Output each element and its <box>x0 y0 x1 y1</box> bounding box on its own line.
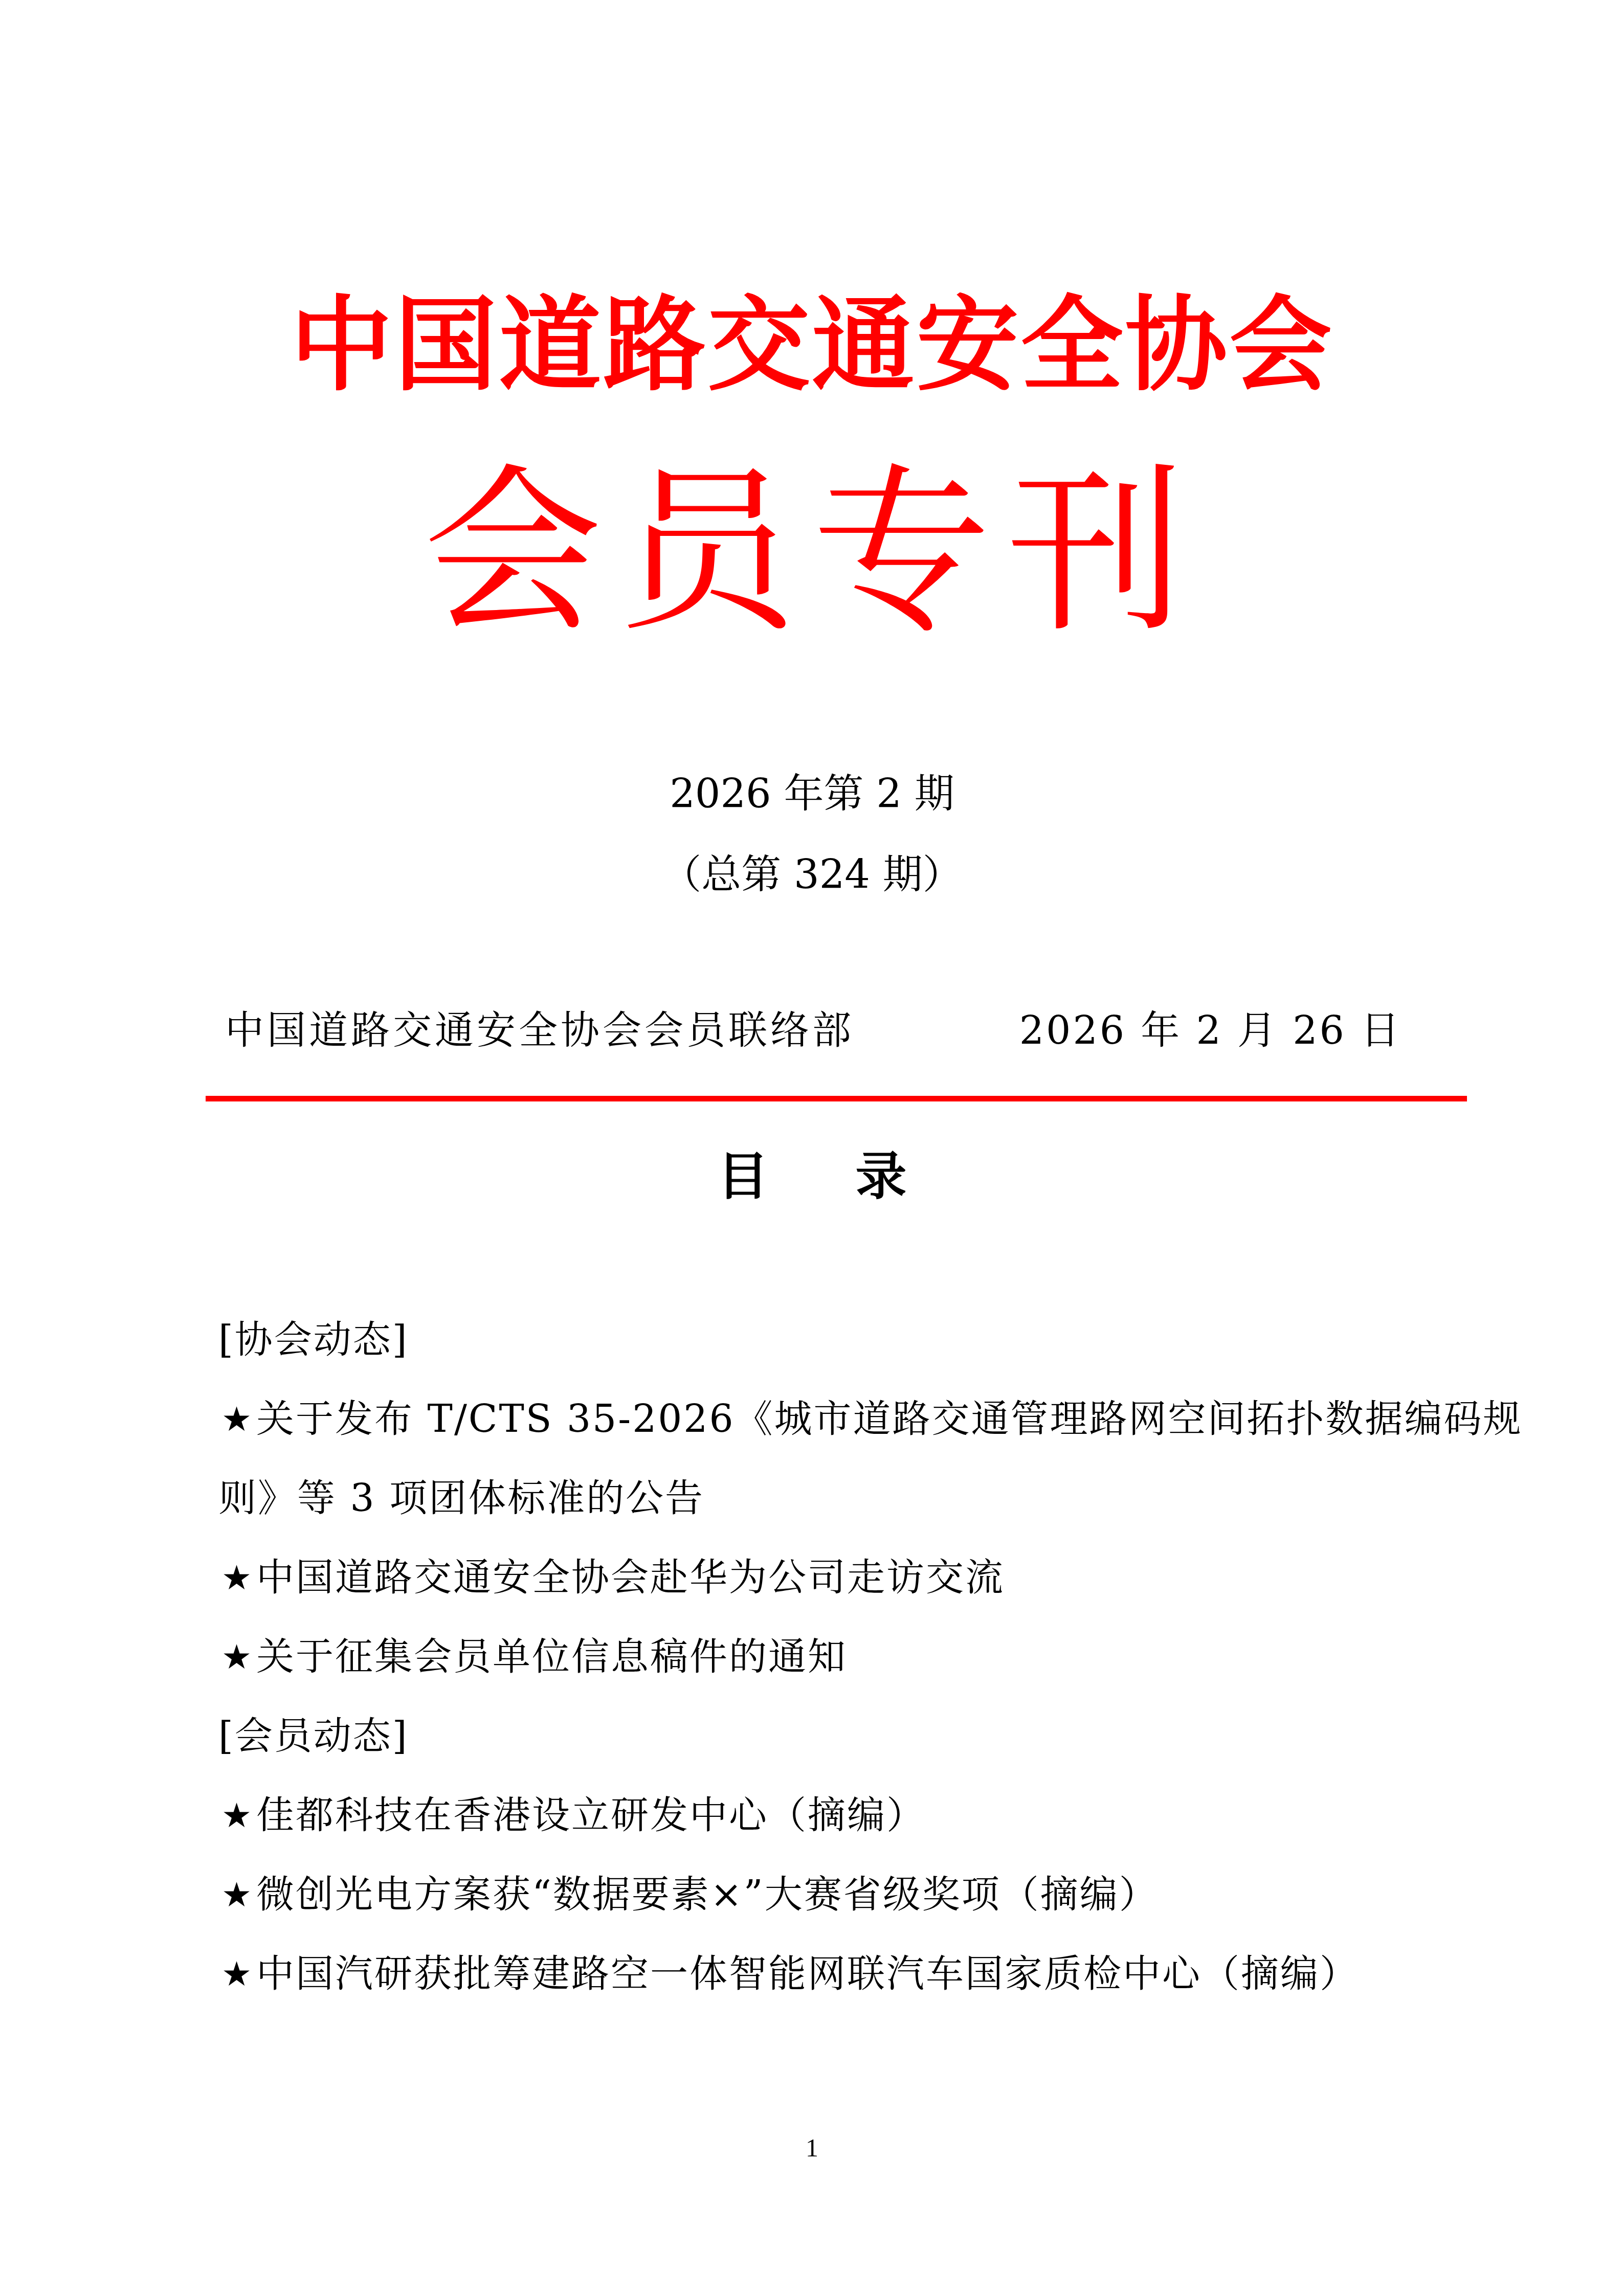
department-name: 中国道路交通安全协会会员联络部 <box>225 1005 854 1056</box>
toc-item[interactable]: ★中国汽研获批筹建路空一体智能网联汽车国家质检中心（摘编） <box>218 1948 1446 2028</box>
red-divider-line <box>206 1096 1467 1101</box>
star-icon: ★ <box>218 1394 256 1445</box>
star-icon: ★ <box>218 1552 256 1604</box>
toc-title-part1: 目 <box>718 1148 769 1204</box>
toc-item[interactable]: ★微创光电方案获“数据要素×”大赛省级奖项（摘编） <box>218 1869 1446 1948</box>
toc-section-heading: [协会动态] <box>218 1314 1446 1393</box>
toc-item[interactable]: ★关于征集会员单位信息稿件的通知 <box>218 1631 1446 1710</box>
toc-item-label: 佳都科技在香港设立研发中心（摘编） <box>256 1793 926 1837</box>
organization-title: 中国道路交通安全协会 <box>0 286 1624 404</box>
toc-item[interactable]: ★关于发布 T/CTS 35-2026《城市道路交通管理路网空间拓扑数据编码规 <box>218 1393 1446 1473</box>
toc-title-part2: 录 <box>856 1148 907 1204</box>
toc-item-continuation[interactable]: 则》等 3 项团体标准的公告 <box>218 1473 1446 1552</box>
table-of-contents: [协会动态] ★关于发布 T/CTS 35-2026《城市道路交通管理路网空间拓… <box>218 1314 1446 2028</box>
toc-item-label: 中国汽研获批筹建路空一体智能网联汽车国家质检中心（摘编） <box>256 1952 1359 1996</box>
page-number: 1 <box>0 2132 1624 2163</box>
toc-item[interactable]: ★中国道路交通安全协会赴华为公司走访交流 <box>218 1552 1446 1631</box>
star-icon: ★ <box>218 1632 256 1683</box>
issue-number: 2026 年第 2 期 <box>0 769 1624 820</box>
star-icon: ★ <box>218 1870 256 1921</box>
star-icon: ★ <box>218 1949 256 2000</box>
publication-date: 2026 年 2 月 26 日 <box>1019 1005 1401 1056</box>
toc-item-label-continued: 则》等 3 项团体标准的公告 <box>218 1476 704 1520</box>
publication-title: 会员专刊 <box>0 450 1624 655</box>
toc-title: 目录 <box>0 1148 1624 1204</box>
toc-item-label: 微创光电方案获“数据要素×”大赛省级奖项（摘编） <box>256 1873 1159 1917</box>
toc-item-label: 关于发布 T/CTS 35-2026《城市道路交通管理路网空间拓扑数据编码规 <box>256 1397 1523 1441</box>
star-icon: ★ <box>218 1790 256 1841</box>
toc-item[interactable]: ★佳都科技在香港设立研发中心（摘编） <box>218 1790 1446 1869</box>
masthead: 中国道路交通安全协会会员联络部 2026 年 2 月 26 日 <box>225 1005 1401 1056</box>
cumulative-issue-number: （总第 324 期） <box>0 849 1624 901</box>
toc-item-label: 关于征集会员单位信息稿件的通知 <box>256 1635 847 1679</box>
toc-section-heading: [会员动态] <box>218 1710 1446 1790</box>
toc-item-label: 中国道路交通安全协会赴华为公司走访交流 <box>256 1556 1005 1600</box>
